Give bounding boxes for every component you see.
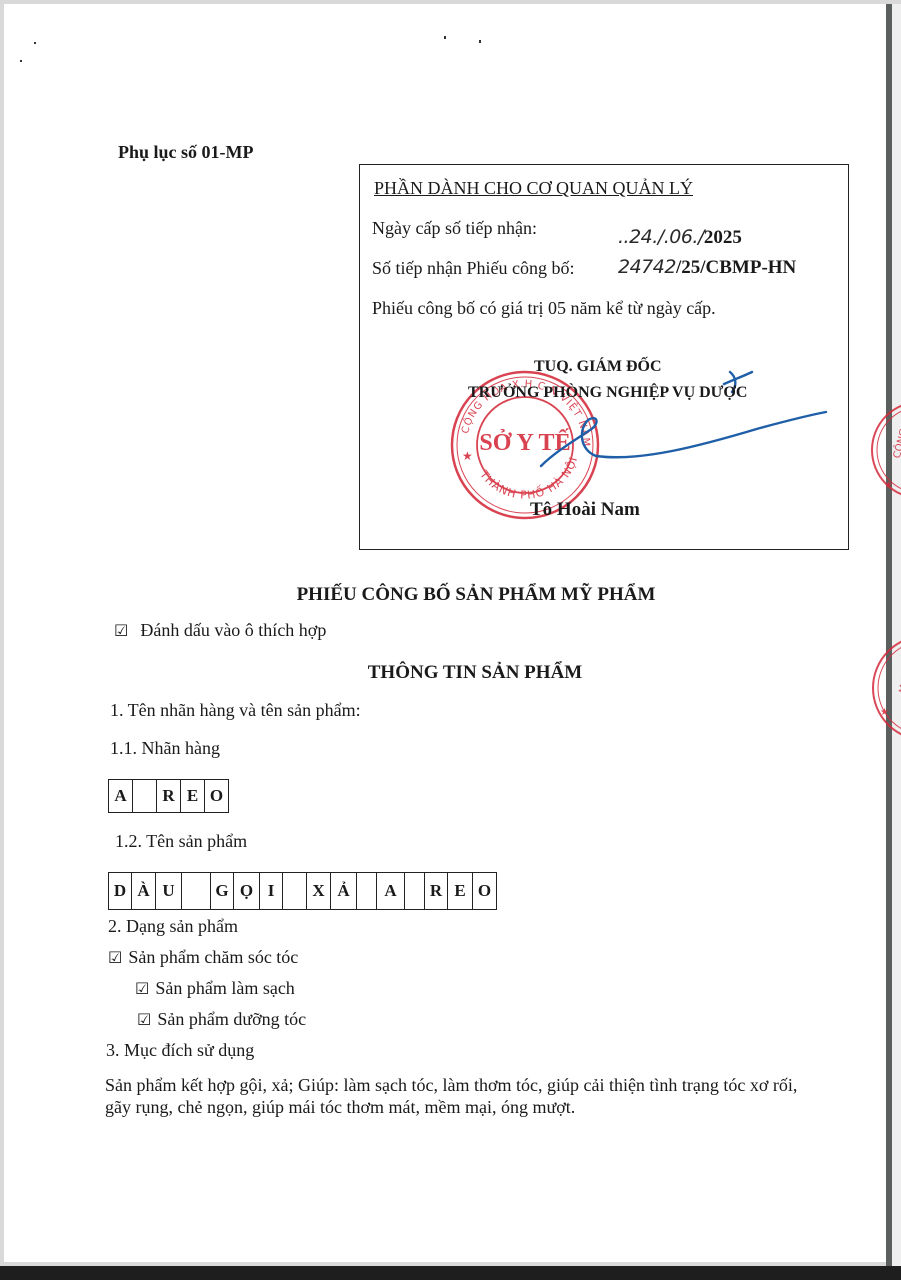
product-letter-boxes: DÀUGỌIXẢAREO bbox=[108, 872, 497, 910]
brand-letter-boxes: AREO bbox=[108, 779, 229, 813]
checkbox-note-text: Đánh dấu vào ô thích hợp bbox=[140, 620, 326, 640]
section3-heading: 3. Mục đích sử dụng bbox=[106, 1040, 254, 1061]
option-cleansing: ☑Sản phẩm làm sạch bbox=[135, 978, 295, 999]
viewer-bottom-bar bbox=[0, 1266, 901, 1280]
letter-box: I bbox=[260, 873, 283, 909]
signer-name: Tô Hoài Nam bbox=[530, 499, 640, 521]
brand-heading: 1.1. Nhãn hàng bbox=[110, 738, 220, 759]
usage-purpose-text: Sản phẩm kết hợp gội, xả; Giúp: làm sạch… bbox=[105, 1074, 825, 1118]
checkbox-note: ☑Đánh dấu vào ô thích hợp bbox=[114, 620, 326, 641]
receipt-number-value: 24742/25/CBMP-HN bbox=[618, 256, 796, 279]
signatory-title-line2: TRƯỞNG PHÒNG NGHIỆP VỤ DƯỢC bbox=[468, 384, 747, 402]
letter-box: À bbox=[132, 873, 156, 909]
section1-heading: 1. Tên nhãn hàng và tên sản phẩm: bbox=[110, 700, 361, 721]
letter-box: X bbox=[307, 873, 331, 909]
blank-letter-box bbox=[182, 873, 211, 909]
option-hair-care: ☑Sản phẩm chăm sóc tóc bbox=[108, 947, 298, 968]
checked-box-icon: ☑ bbox=[114, 621, 128, 640]
document-title: PHIẾU CÔNG BỐ SẢN PHẨM MỸ PHẨM bbox=[0, 584, 901, 606]
issue-date-handwritten: ..24./.06./ bbox=[618, 226, 704, 248]
letter-box: Ọ bbox=[234, 873, 260, 909]
product-heading: 1.2. Tên sản phẩm bbox=[115, 831, 247, 852]
issue-date-label: Ngày cấp số tiếp nhận: bbox=[372, 218, 537, 239]
letter-box: O bbox=[205, 780, 229, 812]
letter-box: Ả bbox=[331, 873, 357, 909]
receipt-number-label: Số tiếp nhận Phiếu công bố: bbox=[372, 258, 574, 279]
letter-box: A bbox=[109, 780, 133, 812]
option-label: Sản phẩm chăm sóc tóc bbox=[128, 947, 298, 967]
letter-box: E bbox=[181, 780, 205, 812]
receipt-number-handwritten: 24742 bbox=[618, 256, 676, 278]
issue-date-year: 2025 bbox=[704, 227, 742, 248]
letter-box: R bbox=[157, 780, 181, 812]
checked-box-icon: ☑ bbox=[108, 948, 122, 967]
checked-box-icon: ☑ bbox=[135, 979, 149, 998]
letter-box: E bbox=[448, 873, 473, 909]
validity-note: Phiếu công bố có giá trị 05 năm kể từ ng… bbox=[372, 298, 716, 319]
letter-box: D bbox=[109, 873, 132, 909]
signatory-title-line1: TUQ. GIÁM ĐỐC bbox=[534, 358, 662, 376]
management-section-title: PHẦN DÀNH CHO CƠ QUAN QUẢN LÝ bbox=[374, 178, 693, 199]
issue-date-value: ..24./.06./2025 bbox=[618, 226, 742, 249]
receipt-number-suffix: /25/CBMP-HN bbox=[676, 257, 796, 278]
appendix-label: Phụ lục số 01-MP bbox=[118, 142, 254, 163]
section2-heading: 2. Dạng sản phẩm bbox=[108, 916, 238, 937]
letter-box: R bbox=[425, 873, 448, 909]
option-label: Sản phẩm làm sạch bbox=[155, 978, 294, 998]
letter-box: U bbox=[156, 873, 182, 909]
blank-letter-box bbox=[357, 873, 377, 909]
section-title: THÔNG TIN SẢN PHẨM bbox=[0, 662, 901, 684]
option-label: Sản phẩm dưỡng tóc bbox=[157, 1009, 306, 1029]
checked-box-icon: ☑ bbox=[137, 1010, 151, 1029]
page-edge-margin bbox=[892, 4, 901, 1266]
letter-box: A bbox=[377, 873, 405, 909]
blank-letter-box bbox=[133, 780, 157, 812]
letter-box: O bbox=[473, 873, 497, 909]
blank-letter-box bbox=[283, 873, 307, 909]
option-conditioning: ☑Sản phẩm dưỡng tóc bbox=[137, 1009, 306, 1030]
blank-letter-box bbox=[405, 873, 425, 909]
letter-box: G bbox=[211, 873, 234, 909]
